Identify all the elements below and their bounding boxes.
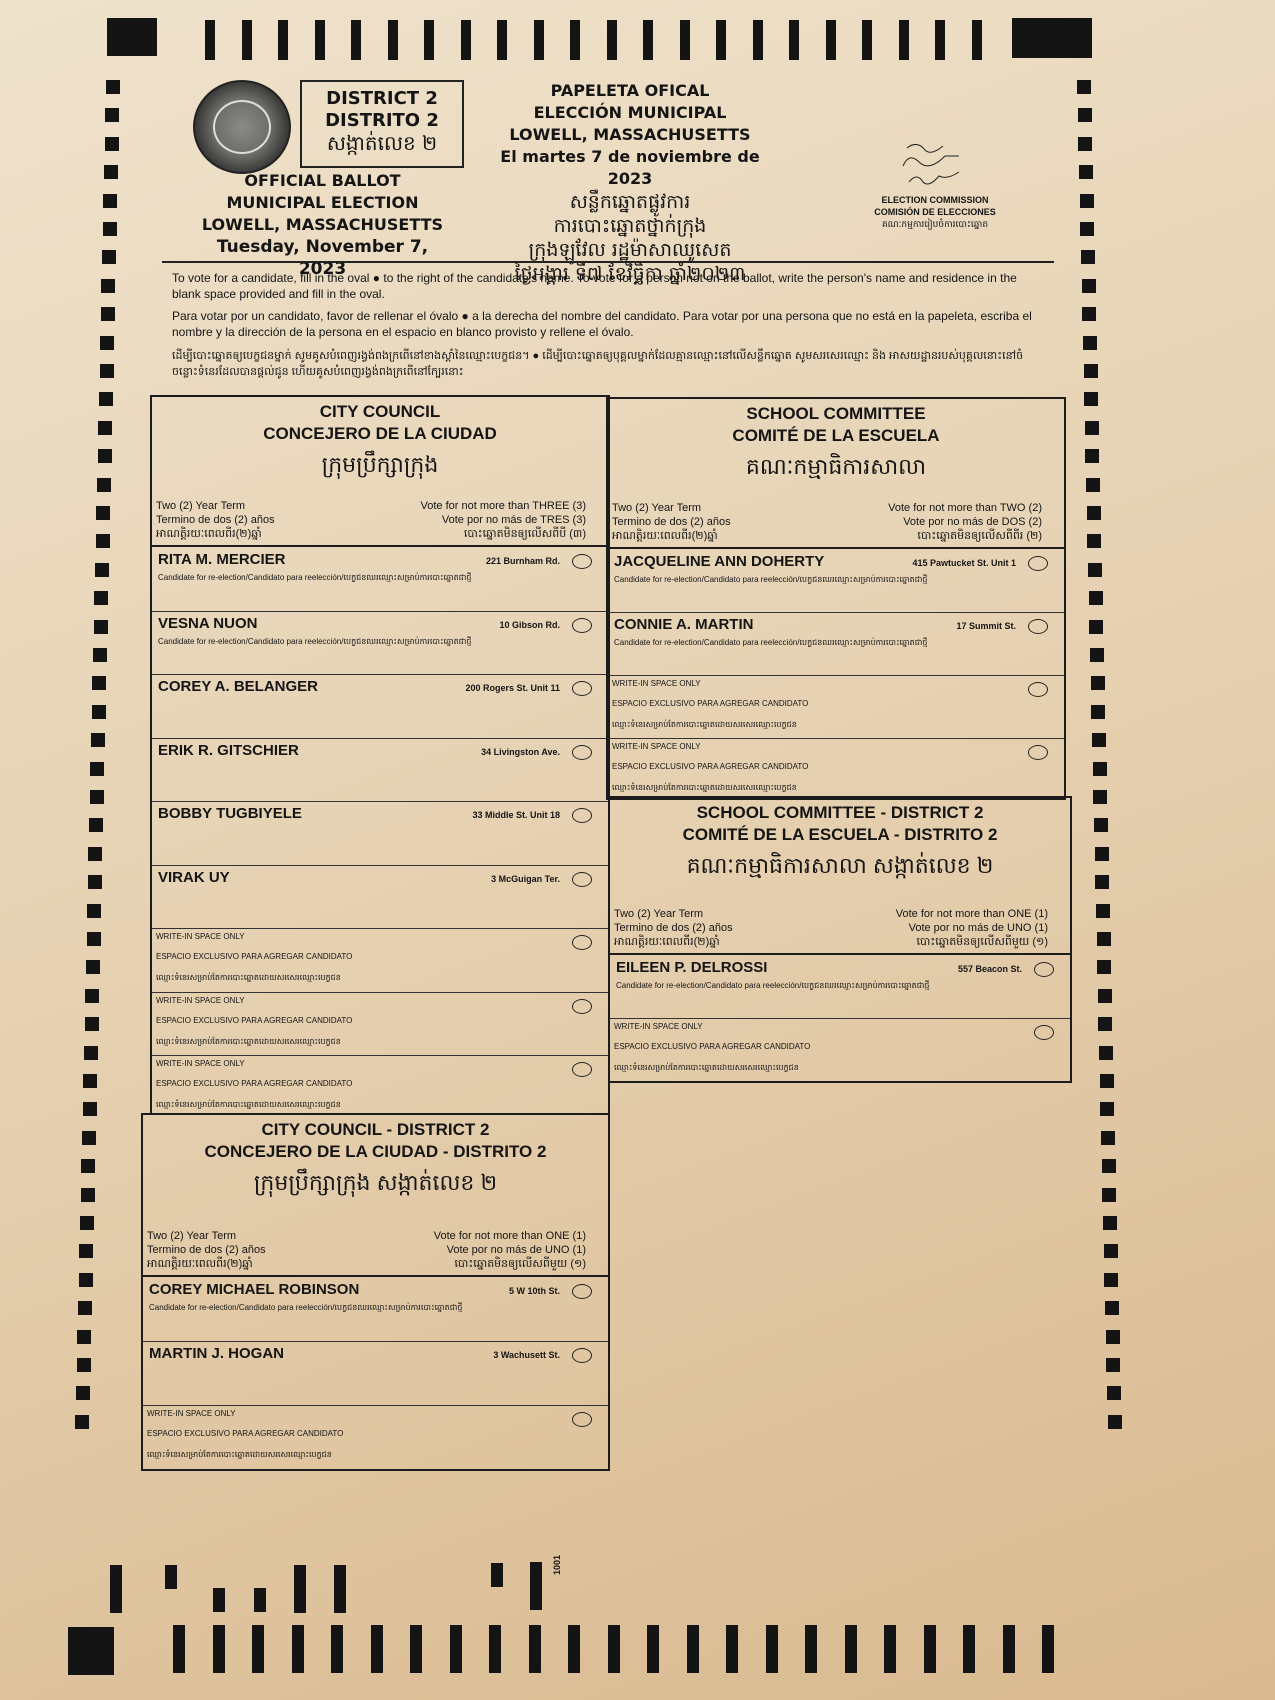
write-in-row[interactable]: WRITE-IN SPACE ONLYESPACIO EXCLUSIVO PAR… bbox=[610, 1018, 1070, 1081]
candidate-row: MARTIN J. HOGAN3 Wachusett St. bbox=[143, 1341, 608, 1406]
race-header: SCHOOL COMMITTEE - DISTRICT 2COMITÉ DE L… bbox=[610, 798, 1070, 955]
timing-mark bbox=[1085, 449, 1099, 463]
instructions-kh: ដើម្បីបោះឆ្នោតឲ្យបេក្ខជនម្នាក់ សូមគូសបំព… bbox=[172, 348, 1032, 380]
timing-mark bbox=[351, 20, 361, 60]
timing-mark bbox=[963, 1625, 975, 1673]
timing-mark bbox=[95, 563, 109, 577]
timing-mark bbox=[1108, 1415, 1122, 1429]
timing-mark bbox=[1003, 1625, 1015, 1673]
race-title-kh: គណៈកម្មាធិការសាលា សង្កាត់លេខ ២ bbox=[610, 852, 1070, 884]
candidate-address: 3 McGuigan Ter. bbox=[491, 874, 560, 884]
timing-mark bbox=[93, 648, 107, 662]
title-official-ballot: OFFICIAL BALLOT bbox=[195, 170, 450, 192]
timing-mark bbox=[716, 20, 726, 60]
timing-mark bbox=[87, 904, 101, 918]
timing-mark bbox=[789, 20, 799, 60]
vote-oval[interactable] bbox=[572, 1348, 592, 1363]
race-header: CITY COUNCIL - DISTRICT 2CONCEJERO DE LA… bbox=[143, 1115, 608, 1277]
timing-mark bbox=[1102, 1159, 1116, 1173]
timing-mark bbox=[89, 818, 103, 832]
timing-mark bbox=[1093, 762, 1107, 776]
candidate-row: JACQUELINE ANN DOHERTY415 Pawtucket St. … bbox=[608, 549, 1064, 613]
timing-mark bbox=[1100, 1102, 1114, 1116]
write-in-vote-oval[interactable] bbox=[1034, 1025, 1054, 1040]
vote-limit-en: Vote for not more than ONE (1) bbox=[896, 907, 1048, 921]
timing-mark bbox=[1080, 222, 1094, 236]
candidate-name: EILEEN P. DELROSSI bbox=[616, 959, 767, 976]
vote-oval[interactable] bbox=[1028, 619, 1048, 634]
timing-mark bbox=[1094, 818, 1108, 832]
timing-mark bbox=[1078, 108, 1092, 122]
write-in-label-kh: ឈ្មោះទំនេរសម្រាប់តែការបោះឆ្នោតដោយសរសេរឈ្… bbox=[614, 1062, 799, 1074]
term-length: Two (2) Year TermTermino de dos (2) años… bbox=[147, 1229, 266, 1271]
race-school-committee-district-2: SCHOOL COMMITTEE - DISTRICT 2COMITÉ DE L… bbox=[608, 796, 1072, 1083]
candidate-address: 200 Rogers St. Unit 11 bbox=[465, 683, 560, 693]
race-title-es: CONCEJERO DE LA CIUDAD bbox=[152, 423, 608, 445]
candidate-name: MARTIN J. HOGAN bbox=[149, 1345, 284, 1362]
timing-mark bbox=[862, 20, 872, 60]
header-spanish-khmer: PAPELETA OFICAL ELECCIÓN MUNICIPAL LOWEL… bbox=[480, 80, 780, 286]
race-title-en: SCHOOL COMMITTEE bbox=[608, 403, 1064, 425]
timing-mark bbox=[101, 279, 115, 293]
timing-mark bbox=[82, 1131, 96, 1145]
timing-mark bbox=[103, 222, 117, 236]
timing-mark bbox=[1104, 1244, 1118, 1258]
timing-mark bbox=[83, 1074, 97, 1088]
timing-mark bbox=[252, 1625, 264, 1673]
write-in-label-kh: ឈ្មោះទំនេរសម្រាប់តែការបោះឆ្នោតដោយសរសេរឈ្… bbox=[147, 1449, 332, 1461]
candidate-name: VESNA NUON bbox=[158, 615, 257, 632]
write-in-label-en: WRITE-IN SPACE ONLY bbox=[614, 1022, 703, 1031]
reelection-note: Candidate for re-election/Candidato para… bbox=[149, 1302, 462, 1314]
timing-mark bbox=[1082, 307, 1096, 321]
timing-mark bbox=[1095, 847, 1109, 861]
timing-mark bbox=[1087, 506, 1101, 520]
race-title-es: CONCEJERO DE LA CIUDAD - DISTRITO 2 bbox=[143, 1141, 608, 1163]
vote-limit-es: Vote por no más de UNO (1) bbox=[896, 921, 1048, 935]
ballot-code-mark bbox=[491, 1563, 503, 1587]
term-en: Two (2) Year Term bbox=[147, 1229, 266, 1243]
timing-mark bbox=[1106, 1358, 1120, 1372]
timing-mark bbox=[1085, 421, 1099, 435]
timing-mark bbox=[173, 1625, 185, 1673]
write-in-label-en: WRITE-IN SPACE ONLY bbox=[156, 996, 245, 1005]
timing-mark bbox=[97, 478, 111, 492]
vote-limit-kh: បោះឆ្នោតមិនឲ្យលើសពីបី (៣) bbox=[421, 527, 586, 541]
ballot-code-mark bbox=[530, 1562, 542, 1610]
ballot-code-mark bbox=[334, 1565, 346, 1613]
timing-mark bbox=[726, 1625, 738, 1673]
timing-mark bbox=[86, 960, 100, 974]
timing-mark bbox=[1042, 1625, 1054, 1673]
title-es-ballot: PAPELETA OFICAL bbox=[480, 80, 780, 102]
write-in-label-kh: ឈ្មោះទំនេរសម្រាប់តែការបោះឆ្នោតដោយសរសេរឈ្… bbox=[612, 782, 797, 794]
candidate-row: EILEEN P. DELROSSI557 Beacon St.Candidat… bbox=[610, 955, 1070, 1019]
timing-mark bbox=[90, 790, 104, 804]
vote-oval[interactable] bbox=[572, 554, 592, 569]
timing-mark bbox=[1079, 165, 1093, 179]
timing-mark bbox=[98, 421, 112, 435]
write-in-label-kh: ឈ្មោះទំនេរសម្រាប់តែការបោះឆ្នោតដោយសរសេរឈ្… bbox=[156, 1099, 341, 1111]
write-in-label-es: ESPACIO EXCLUSIVO PARA AGREGAR CANDIDATO bbox=[612, 699, 808, 708]
timing-mark bbox=[570, 20, 580, 60]
vote-oval[interactable] bbox=[1028, 556, 1048, 571]
timing-mark bbox=[687, 1625, 699, 1673]
term-es: Termino de dos (2) años bbox=[614, 921, 733, 935]
term-en: Two (2) Year Term bbox=[612, 501, 731, 515]
candidate-name: COREY A. BELANGER bbox=[158, 678, 318, 695]
timing-mark bbox=[1095, 875, 1109, 889]
timing-mark bbox=[1103, 1216, 1117, 1230]
timing-mark bbox=[972, 20, 982, 60]
timing-mark bbox=[1088, 563, 1102, 577]
race-title-en: SCHOOL COMMITTEE - DISTRICT 2 bbox=[610, 802, 1070, 824]
write-in-row[interactable]: WRITE-IN SPACE ONLYESPACIO EXCLUSIVO PAR… bbox=[152, 1055, 608, 1119]
timing-mark bbox=[85, 989, 99, 1003]
vote-limit-es: Vote por no más de DOS (2) bbox=[888, 515, 1042, 529]
timing-mark bbox=[647, 1625, 659, 1673]
term-kh: អាណត្តិរយៈពេលពីរ(២)ឆ្នាំ bbox=[156, 527, 275, 541]
write-in-row[interactable]: WRITE-IN SPACE ONLYESPACIO EXCLUSIVO PAR… bbox=[143, 1405, 608, 1469]
timing-mark bbox=[805, 1625, 817, 1673]
timing-mark bbox=[1104, 1273, 1118, 1287]
timing-mark bbox=[450, 1625, 462, 1673]
timing-mark bbox=[643, 20, 653, 60]
timing-mark bbox=[81, 1159, 95, 1173]
term-kh: អាណត្តិរយៈពេលពីរ(២)ឆ្នាំ bbox=[614, 935, 733, 949]
vote-limit-kh: បោះឆ្នោតមិនឲ្យលើសពីមួយ (១) bbox=[896, 935, 1048, 949]
election-commission-label: ELECTION COMMISSION COMISIÓN DE ELECCION… bbox=[860, 194, 1010, 230]
term-length: Two (2) Year TermTermino de dos (2) años… bbox=[612, 501, 731, 543]
race-header: CITY COUNCILCONCEJERO DE LA CIUDADក្រុមប… bbox=[152, 397, 608, 547]
timing-mark bbox=[103, 194, 117, 208]
candidate-row: BOBBY TUGBIYELE33 Middle St. Unit 18 bbox=[152, 801, 608, 866]
timing-mark bbox=[1078, 137, 1092, 151]
candidate-row: CONNIE A. MARTIN17 Summit St.Candidate f… bbox=[608, 612, 1064, 676]
reelection-note: Candidate for re-election/Candidato para… bbox=[614, 637, 927, 649]
candidate-name: CONNIE A. MARTIN bbox=[614, 616, 753, 633]
reelection-note: Candidate for re-election/Candidato para… bbox=[614, 574, 927, 586]
term-es: Termino de dos (2) años bbox=[612, 515, 731, 529]
timing-mark bbox=[100, 364, 114, 378]
reelection-note: Candidate for re-election/Candidato para… bbox=[158, 572, 471, 584]
write-in-vote-oval[interactable] bbox=[1028, 682, 1048, 697]
race-title-en: CITY COUNCIL bbox=[152, 401, 608, 423]
candidate-row: ERIK R. GITSCHIER34 Livingston Ave. bbox=[152, 738, 608, 803]
timing-mark bbox=[1089, 591, 1103, 605]
write-in-label-es: ESPACIO EXCLUSIVO PARA AGREGAR CANDIDATO bbox=[612, 762, 808, 771]
timing-mark bbox=[753, 20, 763, 60]
reelection-note: Candidate for re-election/Candidato para… bbox=[158, 636, 471, 648]
title-city: LOWELL, MASSACHUSETTS bbox=[195, 214, 450, 236]
vote-oval[interactable] bbox=[572, 1284, 592, 1299]
candidate-address: 17 Summit St. bbox=[956, 621, 1016, 631]
timing-mark bbox=[292, 1625, 304, 1673]
term-kh: អាណត្តិរយៈពេលពីរ(២)ឆ្នាំ bbox=[612, 529, 731, 543]
timing-mark bbox=[1080, 194, 1094, 208]
write-in-label-es: ESPACIO EXCLUSIVO PARA AGREGAR CANDIDATO bbox=[614, 1042, 810, 1051]
timing-mark bbox=[75, 1415, 89, 1429]
vote-oval[interactable] bbox=[572, 618, 592, 633]
vote-limit: Vote for not more than TWO (2)Vote por n… bbox=[888, 501, 1042, 543]
candidate-name: VIRAK UY bbox=[158, 869, 230, 886]
ballot-code-mark bbox=[294, 1565, 306, 1613]
timing-mark bbox=[94, 620, 108, 634]
timing-mark bbox=[884, 1625, 896, 1673]
term-length: Two (2) Year TermTermino de dos (2) años… bbox=[614, 907, 733, 949]
header-divider bbox=[162, 261, 1054, 263]
race-title-es: COMITÉ DE LA ESCUELA - DISTRITO 2 bbox=[610, 824, 1070, 846]
timing-mark bbox=[81, 1188, 95, 1202]
write-in-label-es: ESPACIO EXCLUSIVO PARA AGREGAR CANDIDATO bbox=[147, 1429, 343, 1438]
timing-mark bbox=[1077, 80, 1091, 94]
timing-mark bbox=[102, 250, 116, 264]
district-es: DISTRITO 2 bbox=[302, 110, 462, 132]
candidate-address: 5 W 10th St. bbox=[509, 1286, 560, 1296]
term-length: Two (2) Year TermTermino de dos (2) años… bbox=[156, 499, 275, 541]
timing-mark bbox=[213, 1625, 225, 1673]
candidate-address: 10 Gibson Rd. bbox=[499, 620, 560, 630]
race-school-committee: SCHOOL COMMITTEECOMITÉ DE LA ESCUELAគណៈក… bbox=[606, 397, 1066, 800]
timing-mark bbox=[1084, 364, 1098, 378]
timing-mark bbox=[568, 1625, 580, 1673]
instructions-en: To vote for a candidate, fill in the ova… bbox=[172, 270, 1032, 302]
term-kh: អាណត្តិរយៈពេលពីរ(២)ឆ្នាំ bbox=[147, 1257, 266, 1271]
reelection-note: Candidate for re-election/Candidato para… bbox=[616, 980, 929, 992]
commission-en: ELECTION COMMISSION bbox=[860, 194, 1010, 206]
timing-mark bbox=[278, 20, 288, 60]
timing-mark bbox=[205, 20, 215, 60]
title-es-city: LOWELL, MASSACHUSETTS bbox=[480, 124, 780, 146]
timing-mark bbox=[79, 1273, 93, 1287]
timing-mark bbox=[77, 1330, 91, 1344]
timing-mark bbox=[1082, 279, 1096, 293]
write-in-vote-oval[interactable] bbox=[572, 1062, 592, 1077]
vote-limit-kh: បោះឆ្នោតមិនឲ្យលើសពីមួយ (១) bbox=[434, 1257, 586, 1271]
timing-mark bbox=[826, 20, 836, 60]
write-in-row[interactable]: WRITE-IN SPACE ONLYESPACIO EXCLUSIVO PAR… bbox=[152, 992, 608, 1057]
timing-mark bbox=[96, 534, 110, 548]
candidate-name: BOBBY TUGBIYELE bbox=[158, 805, 302, 822]
corner-mark-bottom-left bbox=[68, 1627, 114, 1675]
timing-mark bbox=[1100, 1074, 1114, 1088]
timing-mark bbox=[680, 20, 690, 60]
timing-mark bbox=[88, 847, 102, 861]
district-box: DISTRICT 2 DISTRITO 2 សង្កាត់លេខ ២ bbox=[300, 80, 464, 168]
candidate-name: JACQUELINE ANN DOHERTY bbox=[614, 553, 824, 570]
timing-mark bbox=[1096, 904, 1110, 918]
timing-mark bbox=[1092, 733, 1106, 747]
timing-mark bbox=[105, 108, 119, 122]
timing-mark bbox=[76, 1386, 90, 1400]
vote-limit-es: Vote por no más de UNO (1) bbox=[434, 1243, 586, 1257]
candidate-address: 3 Wachusett St. bbox=[493, 1350, 560, 1360]
timing-mark bbox=[1098, 1017, 1112, 1031]
timing-mark bbox=[1105, 1301, 1119, 1315]
title-es-date: El martes 7 de noviembre de 2023 bbox=[480, 146, 780, 190]
write-in-row[interactable]: WRITE-IN SPACE ONLYESPACIO EXCLUSIVO PAR… bbox=[608, 738, 1064, 801]
timing-mark bbox=[1098, 989, 1112, 1003]
timing-mark bbox=[534, 20, 544, 60]
timing-mark bbox=[608, 1625, 620, 1673]
header-english: OFFICIAL BALLOT MUNICIPAL ELECTION LOWEL… bbox=[195, 170, 450, 280]
timing-mark bbox=[489, 1625, 501, 1673]
write-in-label-es: ESPACIO EXCLUSIVO PARA AGREGAR CANDIDATO bbox=[156, 1016, 352, 1025]
commission-signatures bbox=[895, 140, 975, 190]
title-kh-election: ការបោះឆ្នោតថ្នាក់ក្រុង bbox=[480, 214, 780, 238]
ballot-serial-number: 1001 bbox=[552, 1555, 562, 1575]
timing-mark bbox=[388, 20, 398, 60]
timing-mark bbox=[98, 449, 112, 463]
vote-limit: Vote for not more than ONE (1)Vote por n… bbox=[896, 907, 1048, 949]
timing-mark bbox=[1087, 534, 1101, 548]
commission-kh: គណៈកម្មការរៀបចំការបោះឆ្នោត bbox=[860, 218, 1010, 230]
timing-mark bbox=[1083, 336, 1097, 350]
ballot-code-mark bbox=[254, 1588, 266, 1612]
vote-oval[interactable] bbox=[572, 745, 592, 760]
term-es: Termino de dos (2) años bbox=[156, 513, 275, 527]
timing-mark bbox=[1101, 1131, 1115, 1145]
timing-mark bbox=[1097, 932, 1111, 946]
timing-mark bbox=[424, 20, 434, 60]
timing-mark bbox=[331, 1625, 343, 1673]
vote-limit-en: Vote for not more than ONE (1) bbox=[434, 1229, 586, 1243]
timing-mark bbox=[371, 1625, 383, 1673]
write-in-row[interactable]: WRITE-IN SPACE ONLYESPACIO EXCLUSIVO PAR… bbox=[608, 675, 1064, 739]
timing-mark bbox=[1090, 648, 1104, 662]
timing-mark bbox=[1081, 250, 1095, 264]
timing-mark bbox=[91, 733, 105, 747]
candidate-row: COREY A. BELANGER200 Rogers St. Unit 11 bbox=[152, 674, 608, 739]
timing-mark bbox=[1097, 960, 1111, 974]
timing-mark bbox=[1093, 790, 1107, 804]
candidate-address: 415 Pawtucket St. Unit 1 bbox=[912, 558, 1016, 568]
timing-mark bbox=[529, 1625, 541, 1673]
candidate-name: ERIK R. GITSCHIER bbox=[158, 742, 299, 759]
race-title-en: CITY COUNCIL - DISTRICT 2 bbox=[143, 1119, 608, 1141]
race-city-council-district-2: CITY COUNCIL - DISTRICT 2CONCEJERO DE LA… bbox=[141, 1113, 610, 1471]
write-in-vote-oval[interactable] bbox=[1028, 745, 1048, 760]
timing-mark bbox=[99, 392, 113, 406]
race-header: SCHOOL COMMITTEECOMITÉ DE LA ESCUELAគណៈក… bbox=[608, 399, 1064, 549]
race-title-kh: ក្រុមប្រឹក្សាក្រុង សង្កាត់លេខ ២ bbox=[143, 1169, 608, 1201]
write-in-vote-oval[interactable] bbox=[572, 935, 592, 950]
write-in-label-en: WRITE-IN SPACE ONLY bbox=[156, 1059, 245, 1068]
timing-mark bbox=[90, 762, 104, 776]
candidate-address: 34 Livingston Ave. bbox=[481, 747, 560, 757]
timing-mark bbox=[84, 1046, 98, 1060]
write-in-label-es: ESPACIO EXCLUSIVO PARA AGREGAR CANDIDATO bbox=[156, 1079, 352, 1088]
write-in-label-en: WRITE-IN SPACE ONLY bbox=[612, 742, 701, 751]
timing-mark bbox=[92, 676, 106, 690]
race-title-kh: ក្រុមប្រឹក្សាក្រុង bbox=[152, 451, 608, 483]
timing-mark bbox=[1086, 478, 1100, 492]
write-in-label-es: ESPACIO EXCLUSIVO PARA AGREGAR CANDIDATO bbox=[156, 952, 352, 961]
timing-mark bbox=[924, 1625, 936, 1673]
instructions-es: Para votar por un candidato, favor de re… bbox=[172, 308, 1032, 340]
candidate-address: 221 Burnham Rd. bbox=[486, 556, 560, 566]
timing-mark bbox=[87, 932, 101, 946]
timing-mark bbox=[94, 591, 108, 605]
timing-mark bbox=[92, 705, 106, 719]
timing-mark bbox=[1091, 705, 1105, 719]
write-in-label-kh: ឈ្មោះទំនេរសម្រាប់តែការបោះឆ្នោតដោយសរសេរឈ្… bbox=[156, 972, 341, 984]
title-es-election: ELECCIÓN MUNICIPAL bbox=[480, 102, 780, 124]
candidate-address: 33 Middle St. Unit 18 bbox=[472, 810, 560, 820]
timing-mark bbox=[100, 336, 114, 350]
vote-oval[interactable] bbox=[572, 681, 592, 696]
vote-limit-en: Vote for not more than THREE (3) bbox=[421, 499, 586, 513]
timing-mark bbox=[1102, 1188, 1116, 1202]
candidate-row: COREY MICHAEL ROBINSON5 W 10th St.Candid… bbox=[143, 1277, 608, 1342]
write-in-label-en: WRITE-IN SPACE ONLY bbox=[147, 1409, 236, 1418]
timing-mark bbox=[77, 1358, 91, 1372]
timing-mark bbox=[899, 20, 909, 60]
vote-oval[interactable] bbox=[572, 808, 592, 823]
timing-mark bbox=[242, 20, 252, 60]
candidate-name: RITA M. MERCIER bbox=[158, 551, 286, 568]
term-en: Two (2) Year Term bbox=[156, 499, 275, 513]
write-in-label-kh: ឈ្មោះទំនេរសម្រាប់តែការបោះឆ្នោតដោយសរសេរឈ្… bbox=[612, 719, 797, 731]
vote-limit-kh: បោះឆ្នោតមិនឲ្យលើសពីពីរ (២) bbox=[888, 529, 1042, 543]
timing-mark bbox=[96, 506, 110, 520]
timing-mark bbox=[78, 1301, 92, 1315]
vote-limit-es: Vote por no más de TRES (3) bbox=[421, 513, 586, 527]
write-in-vote-oval[interactable] bbox=[572, 999, 592, 1014]
timing-mark bbox=[80, 1216, 94, 1230]
ballot-code-mark bbox=[213, 1588, 225, 1612]
timing-mark bbox=[83, 1102, 97, 1116]
ballot-code-mark bbox=[165, 1565, 177, 1589]
timing-mark bbox=[315, 20, 325, 60]
district-en: DISTRICT 2 bbox=[302, 88, 462, 110]
timing-mark bbox=[1107, 1386, 1121, 1400]
race-title-kh: គណៈកម្មាធិការសាលា bbox=[608, 453, 1064, 485]
title-kh-city: ក្រុងឡូវែល រដ្ឋម៉ាសាឈូសេត bbox=[480, 238, 780, 262]
vote-limit: Vote for not more than THREE (3)Vote por… bbox=[421, 499, 586, 541]
timing-mark bbox=[85, 1017, 99, 1031]
timing-mark bbox=[607, 20, 617, 60]
corner-mark-top-right bbox=[1012, 18, 1092, 58]
write-in-vote-oval[interactable] bbox=[572, 1412, 592, 1427]
candidate-name: COREY MICHAEL ROBINSON bbox=[149, 1281, 359, 1298]
vote-limit: Vote for not more than ONE (1)Vote por n… bbox=[434, 1229, 586, 1271]
vote-oval[interactable] bbox=[572, 872, 592, 887]
timing-mark bbox=[1084, 392, 1098, 406]
timing-mark bbox=[104, 165, 118, 179]
write-in-label-kh: ឈ្មោះទំនេរសម្រាប់តែការបោះឆ្នោតដោយសរសេរឈ្… bbox=[156, 1036, 341, 1048]
race-city-council: CITY COUNCILCONCEJERO DE LA CIUDADក្រុមប… bbox=[150, 395, 610, 1115]
race-title-es: COMITÉ DE LA ESCUELA bbox=[608, 425, 1064, 447]
title-municipal-election: MUNICIPAL ELECTION bbox=[195, 192, 450, 214]
timing-mark bbox=[766, 1625, 778, 1673]
ballot-code-mark bbox=[110, 1565, 122, 1613]
candidate-address: 557 Beacon St. bbox=[958, 964, 1022, 974]
timing-mark bbox=[1089, 620, 1103, 634]
vote-oval[interactable] bbox=[1034, 962, 1054, 977]
term-en: Two (2) Year Term bbox=[614, 907, 733, 921]
district-kh: សង្កាត់លេខ ២ bbox=[302, 132, 462, 154]
write-in-row[interactable]: WRITE-IN SPACE ONLYESPACIO EXCLUSIVO PAR… bbox=[152, 928, 608, 993]
timing-mark bbox=[461, 20, 471, 60]
candidate-row: VESNA NUON10 Gibson Rd.Candidate for re-… bbox=[152, 611, 608, 676]
timing-mark bbox=[105, 137, 119, 151]
timing-mark bbox=[497, 20, 507, 60]
timing-mark bbox=[845, 1625, 857, 1673]
write-in-label-en: WRITE-IN SPACE ONLY bbox=[612, 679, 701, 688]
term-es: Termino de dos (2) años bbox=[147, 1243, 266, 1257]
title-kh-ballot: សន្លឹកឆ្នោតផ្លូវការ bbox=[480, 190, 780, 214]
